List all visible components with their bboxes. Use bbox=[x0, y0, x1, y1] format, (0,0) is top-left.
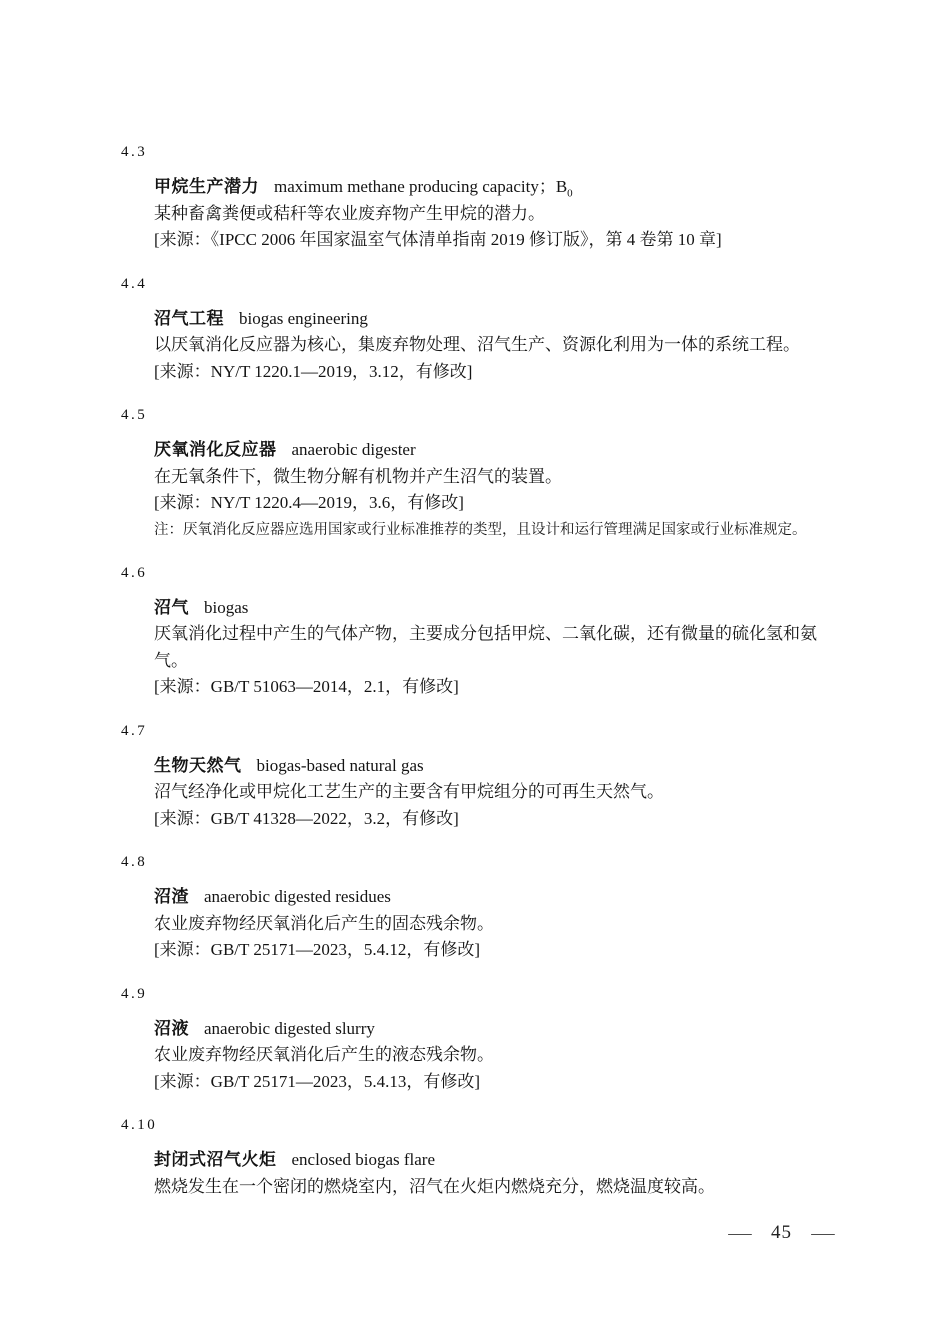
term-line: 沼液anaerobic digested slurry bbox=[154, 1016, 841, 1043]
clause-body: 生物天然气biogas-based natural gas 沼气经净化或甲烷化工… bbox=[154, 753, 841, 833]
clause-number: 4.6 bbox=[121, 560, 841, 586]
clause-section-4-10: 4.10 封闭式沼气火炬enclosed biogas flare 燃烧发生在一… bbox=[121, 1112, 841, 1200]
definition: 燃烧发生在一个密闭的燃烧室内，沼气在火炬内燃烧充分，燃烧温度较高。 bbox=[154, 1174, 841, 1201]
clause-section-4-3: 4.3 甲烷生产潜力maximum methane producing capa… bbox=[121, 139, 841, 254]
clause-section-4-6: 4.6 沼气biogas 厌氧消化过程中产生的气体产物，主要成分包括甲烷、二氧化… bbox=[121, 560, 841, 701]
term-en: biogas-based natural gas bbox=[257, 756, 424, 775]
footer-dash-right: — bbox=[811, 1223, 834, 1244]
term-zh: 沼气工程 bbox=[154, 309, 224, 328]
footer-dash-left: — bbox=[728, 1223, 751, 1244]
clause-body: 沼液anaerobic digested slurry 农业废弃物经厌氧消化后产… bbox=[154, 1016, 841, 1096]
definition: 沼气经净化或甲烷化工艺生产的主要含有甲烷组分的可再生天然气。 bbox=[154, 779, 841, 806]
term-zh: 甲烷生产潜力 bbox=[154, 177, 259, 196]
term-line: 沼渣anaerobic digested residues bbox=[154, 884, 841, 911]
clause-body: 沼气工程biogas engineering 以厌氧消化反应器为核心，集废弃物处… bbox=[154, 306, 841, 386]
term-zh: 生物天然气 bbox=[154, 756, 242, 775]
document-page: 4.3 甲烷生产潜力maximum methane producing capa… bbox=[0, 0, 950, 1344]
term-en: enclosed biogas flare bbox=[292, 1150, 436, 1169]
clause-body: 厌氧消化反应器anaerobic digester 在无氧条件下，微生物分解有机… bbox=[154, 437, 841, 543]
clause-number: 4.8 bbox=[121, 849, 841, 875]
clause-body: 封闭式沼气火炬enclosed biogas flare 燃烧发生在一个密闭的燃… bbox=[154, 1147, 841, 1200]
term-symbol-subscript: 0 bbox=[567, 187, 573, 199]
definition: 在无氧条件下，微生物分解有机物并产生沼气的装置。 bbox=[154, 464, 841, 491]
definition: 以厌氧消化反应器为核心，集废弃物处理、沼气生产、资源化利用为一体的系统工程。 bbox=[154, 332, 841, 359]
term-line: 封闭式沼气火炬enclosed biogas flare bbox=[154, 1147, 841, 1174]
term-line: 生物天然气biogas-based natural gas bbox=[154, 753, 841, 780]
term-zh: 沼渣 bbox=[154, 887, 189, 906]
clause-number: 4.7 bbox=[121, 718, 841, 744]
clause-number: 4.4 bbox=[121, 271, 841, 297]
source-line: [来源：GB/T 25171—2023，5.4.12，有修改] bbox=[154, 937, 841, 964]
note-line: 注：厌氧消化反应器应选用国家或行业标准推荐的类型，且设计和运行管理满足国家或行业… bbox=[154, 517, 841, 543]
definition: 厌氧消化过程中产生的气体产物，主要成分包括甲烷、二氧化碳，还有微量的硫化氢和氨气… bbox=[154, 621, 841, 674]
term-en: biogas engineering bbox=[239, 309, 368, 328]
clause-section-4-7: 4.7 生物天然气biogas-based natural gas 沼气经净化或… bbox=[121, 718, 841, 833]
term-zh: 沼液 bbox=[154, 1019, 189, 1038]
term-zh: 沼气 bbox=[154, 598, 189, 617]
definition: 农业废弃物经厌氧消化后产生的液态残余物。 bbox=[154, 1042, 841, 1069]
source-line: [来源：GB/T 25171—2023，5.4.13，有修改] bbox=[154, 1069, 841, 1096]
term-en: anaerobic digester bbox=[292, 440, 416, 459]
clause-section-4-9: 4.9 沼液anaerobic digested slurry 农业废弃物经厌氧… bbox=[121, 981, 841, 1096]
term-en: biogas bbox=[204, 598, 248, 617]
term-line: 沼气biogas bbox=[154, 595, 841, 622]
clause-number: 4.10 bbox=[121, 1112, 841, 1138]
page-number: 45 bbox=[771, 1222, 792, 1244]
term-line: 甲烷生产潜力maximum methane producing capacity… bbox=[154, 174, 841, 201]
definition: 农业废弃物经厌氧消化后产生的固态残余物。 bbox=[154, 911, 841, 938]
source-line: [来源：NY/T 1220.4—2019，3.6，有修改] bbox=[154, 490, 841, 517]
source-line: [来源：GB/T 51063—2014，2.1，有修改] bbox=[154, 674, 841, 701]
term-line: 沼气工程biogas engineering bbox=[154, 306, 841, 333]
term-en: maximum methane producing capacity；B bbox=[274, 177, 567, 196]
clause-section-4-5: 4.5 厌氧消化反应器anaerobic digester 在无氧条件下，微生物… bbox=[121, 402, 841, 543]
term-zh: 封闭式沼气火炬 bbox=[154, 1150, 277, 1169]
term-zh: 厌氧消化反应器 bbox=[154, 440, 277, 459]
source-line: [来源：GB/T 41328—2022，3.2，有修改] bbox=[154, 806, 841, 833]
definition: 某种畜禽粪便或秸秆等农业废弃物产生甲烷的潜力。 bbox=[154, 201, 841, 228]
clause-number: 4.5 bbox=[121, 402, 841, 428]
source-line: [来源：NY/T 1220.1—2019，3.12，有修改] bbox=[154, 359, 841, 386]
terms-content: 4.3 甲烷生产潜力maximum methane producing capa… bbox=[121, 139, 841, 1217]
term-en: anaerobic digested residues bbox=[204, 887, 391, 906]
term-line: 厌氧消化反应器anaerobic digester bbox=[154, 437, 841, 464]
clause-number: 4.3 bbox=[121, 139, 841, 165]
term-en: anaerobic digested slurry bbox=[204, 1019, 375, 1038]
clause-number: 4.9 bbox=[121, 981, 841, 1007]
clause-body: 甲烷生产潜力maximum methane producing capacity… bbox=[154, 174, 841, 254]
clause-body: 沼气biogas 厌氧消化过程中产生的气体产物，主要成分包括甲烷、二氧化碳，还有… bbox=[154, 595, 841, 701]
clause-section-4-8: 4.8 沼渣anaerobic digested residues 农业废弃物经… bbox=[121, 849, 841, 964]
clause-section-4-4: 4.4 沼气工程biogas engineering 以厌氧消化反应器为核心，集… bbox=[121, 271, 841, 386]
clause-body: 沼渣anaerobic digested residues 农业废弃物经厌氧消化… bbox=[154, 884, 841, 964]
page-footer: — 45 — bbox=[731, 1222, 832, 1244]
source-line: [来源：《IPCC 2006 年国家温室气体清单指南 2019 修订版》，第 4… bbox=[154, 227, 841, 254]
